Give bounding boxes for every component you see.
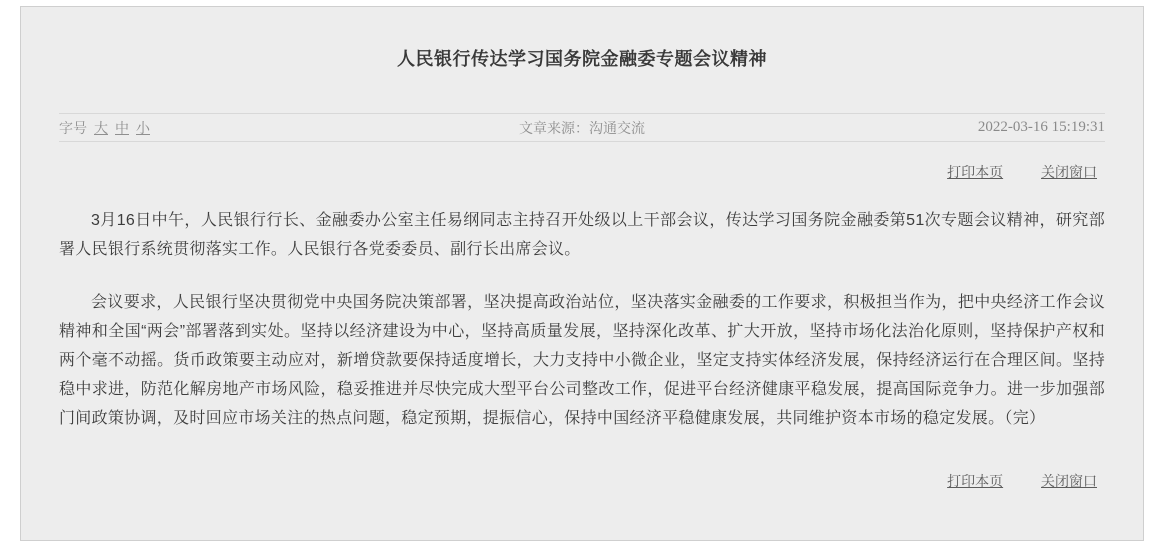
font-size-control: 字号 大 中 小 — [59, 118, 367, 138]
bottom-actions: 打印本页 关闭窗口 — [59, 471, 1105, 491]
page-title: 人民银行传达学习国务院金融委专题会议精神 — [59, 45, 1105, 71]
article-container: 人民银行传达学习国务院金融委专题会议精神 字号 大 中 小 文章来源：沟通交流 … — [20, 6, 1144, 541]
close-window-link[interactable]: 关闭窗口 — [1041, 164, 1097, 180]
top-actions: 打印本页 关闭窗口 — [59, 162, 1105, 182]
print-page-link[interactable]: 打印本页 — [947, 164, 1003, 180]
meta-bar: 字号 大 中 小 文章来源：沟通交流 2022-03-16 15:19:31 — [59, 113, 1105, 142]
article-paragraph: 3月16日中午，人民银行行长、金融委办公室主任易纲同志主持召开处级以上干部会议，… — [59, 206, 1105, 264]
font-size-medium-link[interactable]: 中 — [115, 118, 129, 138]
close-window-link[interactable]: 关闭窗口 — [1041, 473, 1097, 489]
publish-timestamp: 2022-03-16 15:19:31 — [797, 119, 1105, 136]
source-label: 文章来源： — [519, 120, 589, 136]
font-size-label: 字号 — [59, 118, 87, 138]
source-value: 沟通交流 — [589, 120, 645, 136]
article-body: 3月16日中午，人民银行行长、金融委办公室主任易纲同志主持召开处级以上干部会议，… — [59, 206, 1105, 433]
print-page-link[interactable]: 打印本页 — [947, 473, 1003, 489]
font-size-small-link[interactable]: 小 — [136, 118, 150, 138]
article-source: 文章来源：沟通交流 — [367, 118, 798, 138]
article-paragraph: 会议要求，人民银行坚决贯彻党中央国务院决策部署，坚决提高政治站位，坚决落实金融委… — [59, 288, 1105, 433]
font-size-large-link[interactable]: 大 — [94, 118, 108, 138]
